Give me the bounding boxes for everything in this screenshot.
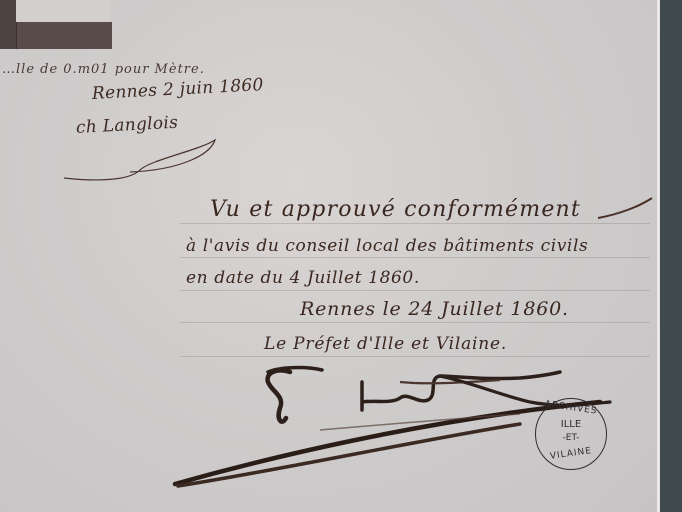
stamp-text-et: -ET- bbox=[536, 433, 606, 443]
plan-interior bbox=[16, 0, 110, 22]
scale-note: …lle de 0.m01 pour Mètre. bbox=[2, 62, 205, 77]
prefect-title: Le Préfet d'Ille et Vilaine. bbox=[264, 334, 507, 354]
ruled-line bbox=[180, 223, 650, 224]
ruled-line bbox=[180, 322, 650, 323]
place-date-note: Rennes 2 juin 1860 bbox=[91, 75, 264, 104]
plan-drawing-fragment bbox=[0, 0, 111, 49]
approval-line-3: en date du 4 Juillet 1860. bbox=[186, 268, 420, 288]
ruled-line bbox=[180, 290, 650, 291]
approval-line-2: à l'avis du conseil local des bâtiments … bbox=[186, 236, 588, 256]
approval-line-1: Vu et approuvé conformément bbox=[210, 197, 581, 222]
stamp-text-ille: ILLE bbox=[536, 419, 606, 430]
ruled-line bbox=[180, 257, 650, 258]
architect-signature: ch Langlois bbox=[75, 113, 178, 138]
archives-stamp: ARCHIVES ILLE -ET- VILAINE bbox=[535, 398, 607, 470]
plan-wall-vertical bbox=[0, 0, 16, 49]
plan-wall-horizontal bbox=[16, 22, 112, 49]
approval-line-4: Rennes le 24 Juillet 1860. bbox=[300, 298, 569, 320]
ruled-line bbox=[180, 356, 650, 357]
